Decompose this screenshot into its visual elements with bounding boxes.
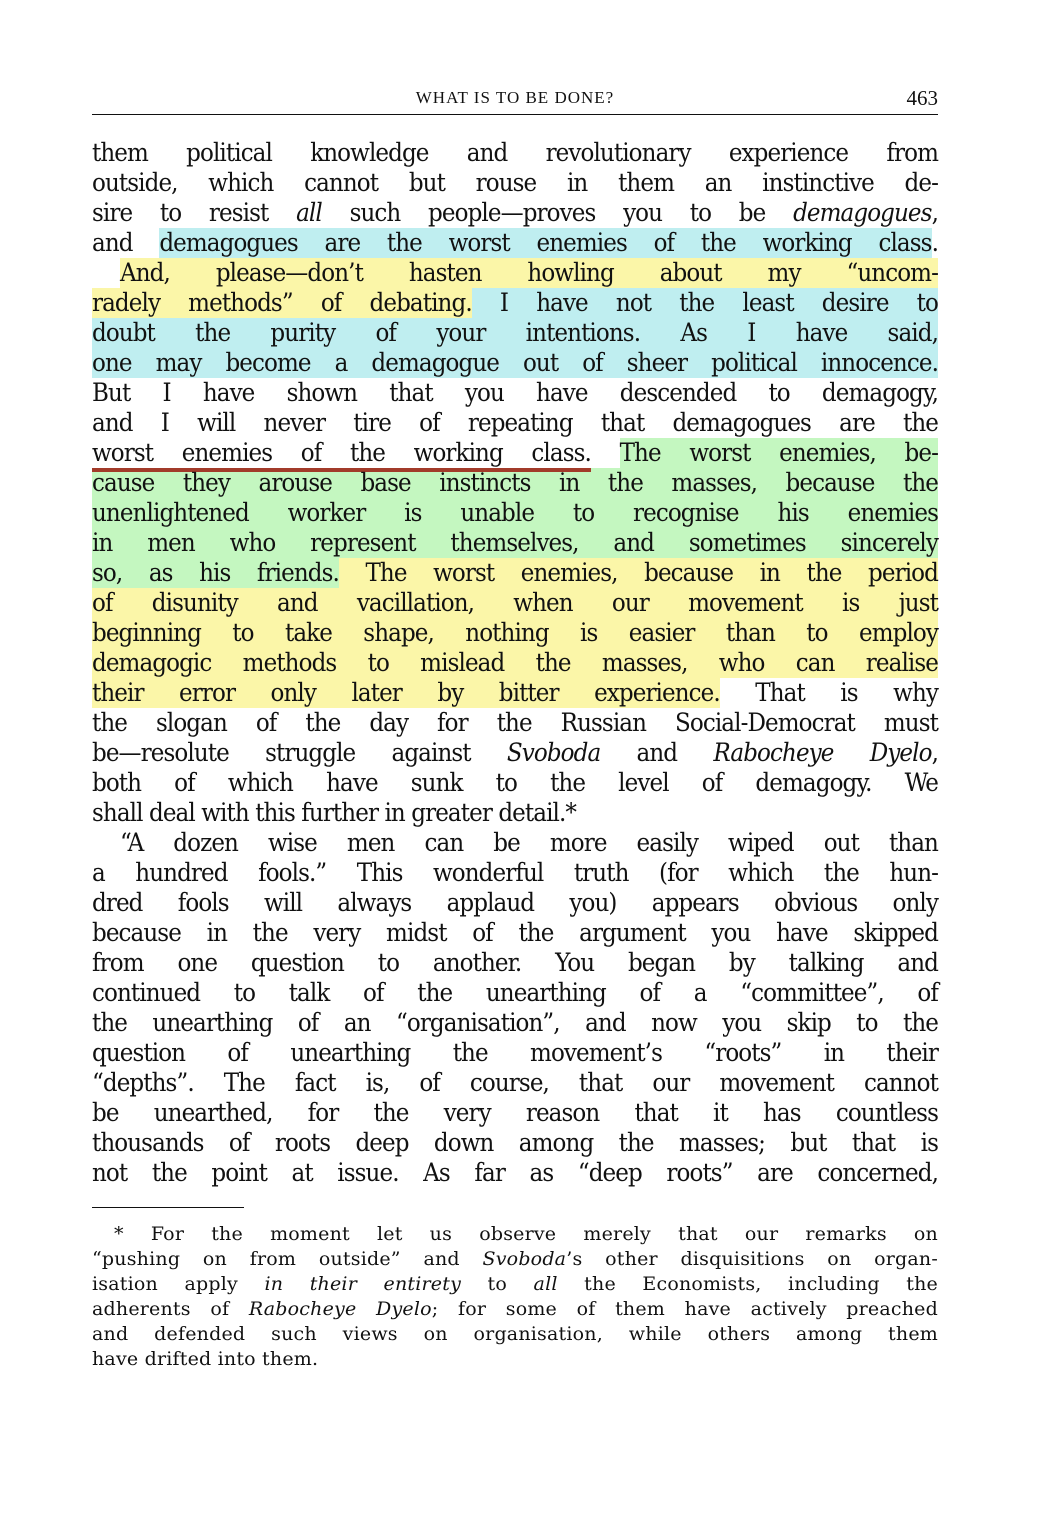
running-title: WHAT IS TO BE DONE? — [92, 88, 938, 108]
footnote-line: isation apply in their entirety to all t… — [92, 1272, 938, 1297]
text-span: , — [932, 738, 938, 768]
footnote: * For the moment let us observe merely t… — [92, 1222, 938, 1372]
italic-span: Svoboda — [507, 738, 600, 768]
underline-darkred[interactable]: worst enemies of the working class. — [92, 438, 591, 472]
italic-span: Svoboda — [483, 1248, 567, 1270]
italic-span: Rabocheye Dyelo — [713, 738, 931, 768]
highlight-green[interactable]: so, as his friends. — [92, 558, 339, 588]
text-span: ; for some of them have actively preache… — [432, 1298, 938, 1320]
text-line: shall deal with this further in greater … — [92, 798, 938, 828]
highlight-cyan[interactable]: doubt the purity of your intentions. As … — [92, 318, 938, 348]
highlight-yellow[interactable]: radely methods” of debating. — [92, 288, 472, 318]
text-line: be unearthed, for the very reason that i… — [92, 1098, 938, 1128]
footnote-line: “pushing on from outside” and Svoboda’s … — [92, 1247, 938, 1272]
footnote-line: * For the moment let us observe merely t… — [92, 1222, 938, 1247]
highlight-yellow[interactable]: of disunity and vacillation, when our mo… — [92, 588, 938, 618]
text-line: the slogan of the day for the Russian So… — [92, 708, 938, 738]
italic-span: in their entirety — [264, 1273, 461, 1295]
text-line: a hundred fools.” This wonderful truth (… — [92, 858, 938, 888]
text-span: be—resolute struggle against — [92, 738, 507, 768]
text-line: their error only later by bitter experie… — [92, 678, 938, 708]
italic-span: all — [534, 1273, 558, 1295]
highlight-green[interactable]: cause they arouse base instincts in the … — [92, 468, 938, 498]
text-line: dred fools will always applaud you) appe… — [92, 888, 938, 918]
text-span: ’s other disquisitions on organ- — [566, 1248, 938, 1270]
text-line: not the point at issue. As far as “deep … — [92, 1158, 938, 1188]
text-line: worst enemies of the working class. The … — [92, 438, 938, 468]
text-span: to — [461, 1273, 534, 1295]
text-span[interactable]: shall deal with this further in greater … — [92, 798, 576, 828]
footnote-divider — [92, 1207, 244, 1208]
text-line: And, please—don’t hasten howling about m… — [92, 258, 938, 288]
highlight-yellow[interactable]: demagogic methods to mislead the masses,… — [92, 648, 938, 678]
highlight-cyan[interactable]: demagogues are the worst enemies of the … — [159, 228, 931, 258]
highlight-yellow[interactable]: And, please—don’t hasten howling about m… — [120, 258, 938, 288]
text-line: them political knowledge and revolutiona… — [92, 138, 938, 168]
highlight-yellow[interactable]: The worst enemies, because in the period — [339, 558, 938, 588]
text-span: demagogues are the — [159, 228, 448, 258]
text-span: sire to resist — [92, 198, 296, 228]
text-span: adherents of — [92, 1298, 249, 1320]
footnote-line: and defended such views on organisation,… — [92, 1322, 938, 1347]
highlight-green[interactable]: in men who represent themselves, and som… — [92, 528, 938, 558]
text-line: radely methods” of debating. I have not … — [92, 288, 938, 318]
highlight-green[interactable]: The worst enemies, be- — [620, 438, 938, 468]
italic-span: Rabocheye Dyelo — [249, 1298, 432, 1320]
highlight-yellow[interactable]: their error only later by bitter experie… — [92, 678, 720, 708]
highlight-cyan[interactable]: I have not the least desire to — [472, 288, 938, 318]
text-line: thousands of roots deep down among the m… — [92, 1128, 938, 1158]
highlight-cyan[interactable]: one may become a demagogue out of sheer … — [92, 348, 938, 378]
text-span: . — [932, 228, 938, 258]
highlight-green[interactable]: unenlightened worker is unable to recogn… — [92, 498, 938, 528]
underline-darkred[interactable]: demagogues are the — [672, 408, 938, 442]
body-text: them political knowledge and revolutiona… — [92, 138, 938, 1188]
text-span: and I will never tire of repeating that — [92, 408, 672, 438]
text-line: But I have shown that you have descended… — [92, 378, 938, 408]
text-line: and I will never tire of repeating that … — [92, 408, 938, 438]
text-line: so, as his friends. The worst enemies, b… — [92, 558, 938, 588]
text-line: question of unearthing the movement’s “r… — [92, 1038, 938, 1068]
text-span: and — [92, 228, 159, 258]
page-number: 463 — [907, 86, 939, 111]
footnote-line: have drifted into them. — [92, 1347, 938, 1372]
text-line: sire to resist all such people—proves yo… — [92, 198, 938, 228]
footnote-line: adherents of Rabocheye Dyelo; for some o… — [92, 1297, 938, 1322]
text-span: , — [932, 198, 938, 228]
text-span — [591, 438, 620, 468]
running-header: WHAT IS TO BE DONE? 463 — [92, 86, 938, 115]
text-span: “pushing on from outside” and — [92, 1248, 483, 1270]
text-span: such people—proves you to be — [322, 198, 793, 228]
text-line: the unearthing of an “organisation”, and… — [92, 1008, 938, 1038]
text-span: the Economists, including the — [558, 1273, 938, 1295]
text-span: isation apply — [92, 1273, 264, 1295]
text-line: be—resolute struggle against Svoboda and… — [92, 738, 938, 768]
highlight-yellow[interactable]: beginning to take shape, nothing is easi… — [92, 618, 938, 648]
text-line: continued to talk of the unearthing of a… — [92, 978, 938, 1008]
text-line: “A dozen wise men can be more easily wip… — [92, 828, 938, 858]
text-span: That is why — [720, 678, 938, 708]
text-line: and demagogues are the worst enemies of … — [92, 228, 938, 258]
text-line: from one question to another. You began … — [92, 948, 938, 978]
text-span: have drifted into them. — [92, 1348, 318, 1370]
text-line: both of which have sunk to the level of … — [92, 768, 938, 798]
text-line: outside, which cannot but rouse in them … — [92, 168, 938, 198]
italic-span: all — [296, 198, 322, 228]
italic-span: demagogues — [793, 198, 932, 228]
text-line: “depths”. The fact is, of course, that o… — [92, 1068, 938, 1098]
text-line: because in the very midst of the argumen… — [92, 918, 938, 948]
underline-red[interactable]: worst enemies of the working class — [449, 228, 932, 262]
text-span: and — [600, 738, 713, 768]
